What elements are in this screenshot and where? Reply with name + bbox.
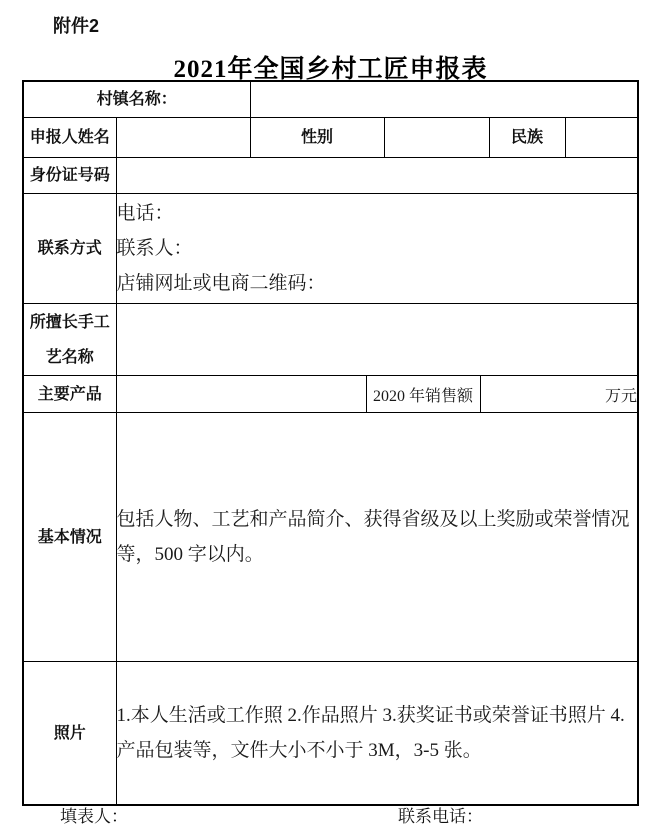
applicant-name-label: 申报人姓名 (23, 118, 116, 158)
village-name-value-cell (250, 81, 638, 118)
footer-phone-label: 联系电话： (398, 802, 483, 827)
row-main-products: 主要产品 2020 年销售额 万元 (23, 376, 638, 413)
row-id-number: 身份证号码 (23, 158, 638, 194)
contact-label: 联系方式 (23, 194, 116, 304)
ethnicity-value-cell (565, 118, 638, 158)
photos-hint-cell: 1.本人生活或工作照 2.作品照片 3.获奖证书或荣誉证书照片 4.产品包装等，… (116, 662, 638, 806)
craft-name-label: 所擅长手工艺名称 (23, 304, 116, 376)
sales-unit-cell: 万元 (480, 376, 638, 413)
row-photos: 照片 1.本人生活或工作照 2.作品照片 3.获奖证书或荣誉证书照片 4.产品包… (23, 662, 638, 806)
gender-value-cell (384, 118, 489, 158)
application-form-table: 村镇名称： 申报人姓名 性别 民族 身份证号码 联系方式 电话： 联系人： 店铺… (22, 80, 639, 806)
applicant-name-value-cell (116, 118, 250, 158)
contact-value-cell: 电话： 联系人： 店铺网址或电商二维码： (116, 194, 638, 304)
row-basic-info: 基本情况 包括人物、工艺和产品简介、获得省级及以上奖励或荣誉情况等，500 字以… (23, 413, 638, 662)
sales-2020-label: 2020 年销售额 (366, 376, 480, 413)
row-contact: 联系方式 电话： 联系人： 店铺网址或电商二维码： (23, 194, 638, 304)
form-footer: 填表人： 联系电话： (0, 802, 661, 828)
id-number-value-cell (116, 158, 638, 194)
attachment-label: 附件2 (53, 12, 99, 38)
preparer-label: 填表人： (60, 802, 128, 827)
id-number-label: 身份证号码 (23, 158, 116, 194)
ethnicity-label: 民族 (489, 118, 565, 158)
photos-label: 照片 (23, 662, 116, 806)
contact-person-line: 联系人： (117, 231, 638, 266)
row-village-name: 村镇名称： (23, 81, 638, 118)
craft-name-value-cell (116, 304, 638, 376)
contact-phone-line: 电话： (117, 196, 638, 231)
row-craft-name: 所擅长手工艺名称 (23, 304, 638, 376)
basic-info-label: 基本情况 (23, 413, 116, 662)
contact-shop-line: 店铺网址或电商二维码： (117, 266, 638, 301)
main-products-label: 主要产品 (23, 376, 116, 413)
village-name-label: 村镇名称： (23, 81, 250, 118)
basic-info-hint-cell: 包括人物、工艺和产品简介、获得省级及以上奖励或荣誉情况等，500 字以内。 (116, 413, 638, 662)
row-applicant: 申报人姓名 性别 民族 (23, 118, 638, 158)
main-products-value-cell (116, 376, 366, 413)
application-form-page: 附件2 2021年全国乡村工匠申报表 村镇名称： 申报人姓名 性别 民族 身份证… (0, 0, 661, 840)
gender-label: 性别 (250, 118, 384, 158)
